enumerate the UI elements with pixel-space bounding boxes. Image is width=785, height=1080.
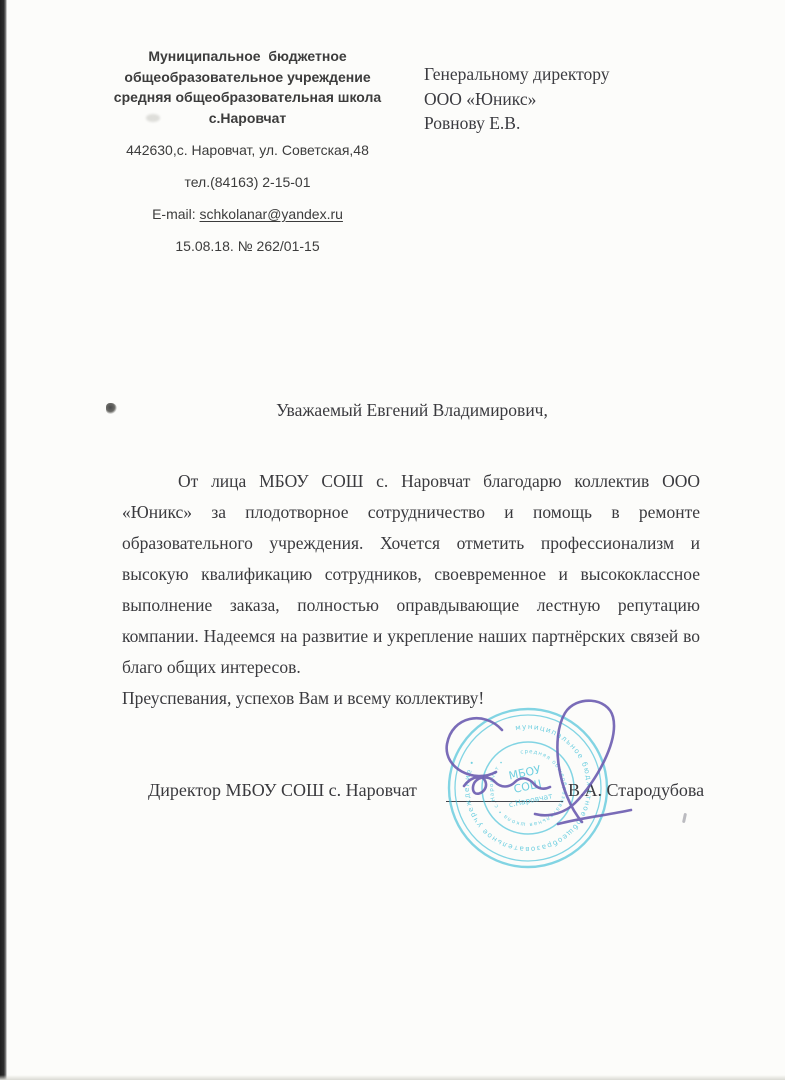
org-name-line: с.Наровчат [100,108,395,129]
salutation: Уважаемый Евгений Владимирович, [122,400,702,421]
handwritten-signature [438,696,650,852]
org-address: 442630,с. Наровчат, ул. Советская,48 [100,141,395,160]
email-address: schkolanar@yandex.ru [200,206,343,222]
org-name-line: Муниципальное бюджетное [100,46,395,67]
letter-date-number: 15.08.18. № 262/01-15 [100,237,395,256]
signer-title: Директор МБОУ СОШ с. Наровчат [148,780,417,801]
letter-paragraph: От лица МБОУ СОШ с. Наровчат благодарю к… [122,466,700,683]
addressee-title: Генеральному директору [424,62,610,87]
email-label: E-mail: [152,206,199,222]
org-name-line: общеобразовательное учреждение [100,67,395,88]
addressee-block: Генеральному директору ООО «Юникс» Ровно… [424,62,610,136]
org-email-row: E-mail: schkolanar@yandex.ru [100,205,395,224]
org-phone: тел.(84163) 2-15-01 [100,173,395,192]
addressee-person: Ровнову Е.В. [424,111,610,136]
ink-blot [106,403,117,414]
org-name-line: средняя общеобразовательная школа [100,87,395,108]
scan-edge-left [0,0,7,1080]
scanned-letter-page: Муниципальное бюджетное общеобразователь… [0,0,785,1080]
scan-edge-bottom [0,1075,785,1080]
letter-body: От лица МБОУ СОШ с. Наровчат благодарю к… [122,466,700,714]
letterhead: Муниципальное бюджетное общеобразователь… [100,46,395,256]
addressee-company: ООО «Юникс» [424,87,610,112]
scan-speck [682,813,687,823]
